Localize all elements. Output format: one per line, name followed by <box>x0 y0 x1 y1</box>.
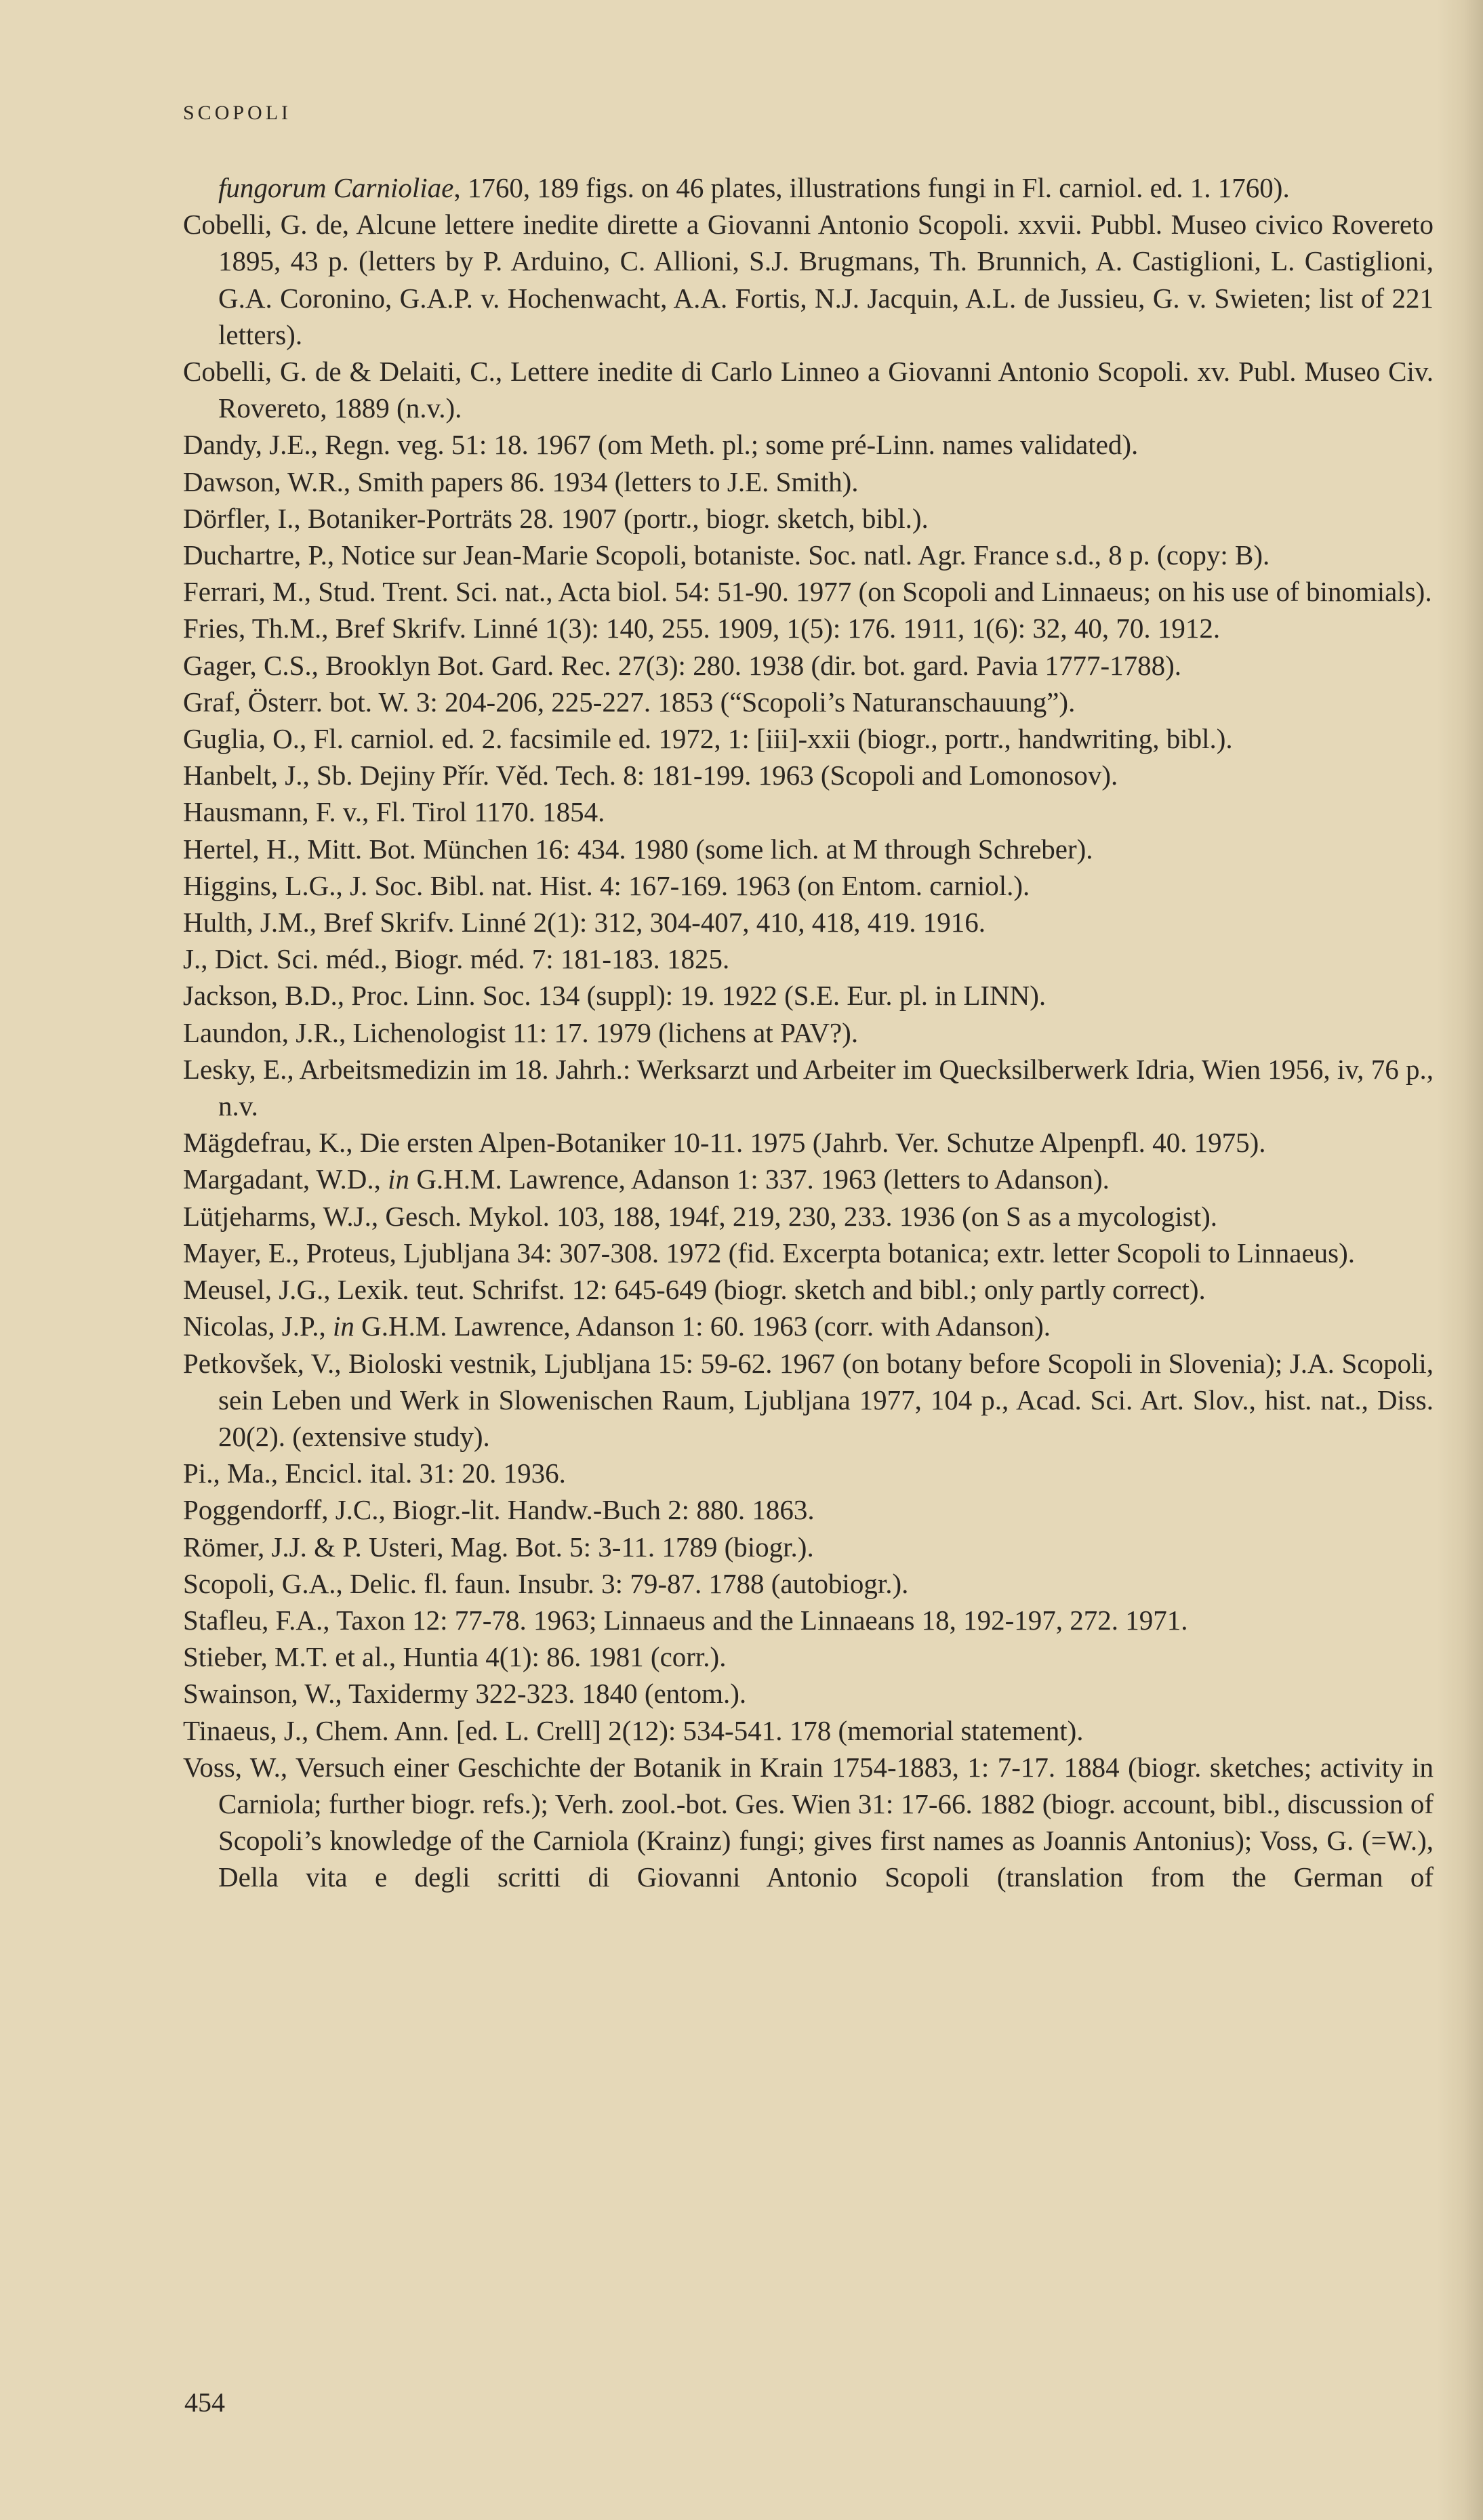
bibliography-entry: Voss, W., Versuch einer Geschichte der B… <box>183 1749 1434 1896</box>
entry-italic-in: in <box>333 1310 354 1342</box>
entry-text: G.H.M. Lawrence, Adanson 1: 60. 1963 (co… <box>354 1310 1051 1342</box>
bibliography-entry: Scopoli, G.A., Delic. fl. faun. Insubr. … <box>183 1565 1434 1602</box>
bibliography-entry: Duchartre, P., Notice sur Jean-Marie Sco… <box>183 537 1434 573</box>
bibliography-entry: J., Dict. Sci. méd., Biogr. méd. 7: 181-… <box>183 941 1434 977</box>
entry-author: Nicolas, J.P., <box>183 1310 333 1342</box>
bibliography-entry: Hulth, J.M., Bref Skrifv. Linné 2(1): 31… <box>183 904 1434 941</box>
bibliography-entry: Nicolas, J.P., in G.H.M. Lawrence, Adans… <box>183 1308 1434 1344</box>
bibliography-entry: Lütjeharms, W.J., Gesch. Mykol. 103, 188… <box>183 1198 1434 1235</box>
entry-author: Margadant, W.D., <box>183 1163 388 1195</box>
book-page: SCOPOLI fungorum Carnioliae, 1760, 189 f… <box>0 0 1483 2520</box>
entry-italic-in: in <box>388 1163 409 1195</box>
bibliography-entry: Graf, Österr. bot. W. 3: 204-206, 225-22… <box>183 684 1434 720</box>
bibliography-entry: Higgins, L.G., J. Soc. Bibl. nat. Hist. … <box>183 867 1434 904</box>
bibliography-entry: Tinaeus, J., Chem. Ann. [ed. L. Crell] 2… <box>183 1712 1434 1749</box>
bibliography-entry: Dandy, J.E., Regn. veg. 51: 18. 1967 (om… <box>183 426 1434 463</box>
entry-italic-title: fungorum Carnioliae <box>218 172 453 203</box>
page-number: 454 <box>184 2387 225 2418</box>
bibliography-entry: Laundon, J.R., Lichenologist 11: 17. 197… <box>183 1014 1434 1051</box>
bibliography-entry: fungorum Carnioliae, 1760, 189 figs. on … <box>183 169 1434 206</box>
bibliography-entry: Meusel, J.G., Lexik. teut. Schrifst. 12:… <box>183 1271 1434 1308</box>
running-head: SCOPOLI <box>183 102 291 125</box>
bibliography-entry: Dörfler, I., Botaniker-Porträts 28. 1907… <box>183 500 1434 537</box>
bibliography-entry: Cobelli, G. de, Alcune lettere inedite d… <box>183 206 1434 353</box>
bibliography-entry: Poggendorff, J.C., Biogr.-lit. Handw.-Bu… <box>183 1491 1434 1528</box>
bibliography-entry: Ferrari, M., Stud. Trent. Sci. nat., Act… <box>183 573 1434 610</box>
bibliography-entry: Mayer, E., Proteus, Ljubljana 34: 307-30… <box>183 1235 1434 1271</box>
bibliography-entry: Gager, C.S., Brooklyn Bot. Gard. Rec. 27… <box>183 647 1434 684</box>
bibliography-entry: Dawson, W.R., Smith papers 86. 1934 (let… <box>183 463 1434 500</box>
bibliography-entry: Hanbelt, J., Sb. Dejiny Přír. Věd. Tech.… <box>183 757 1434 793</box>
bibliography-entry: Cobelli, G. de & Delaiti, C., Lettere in… <box>183 353 1434 426</box>
bibliography-entry: Fries, Th.M., Bref Skrifv. Linné 1(3): 1… <box>183 610 1434 646</box>
bibliography-entry: Guglia, O., Fl. carniol. ed. 2. facsimil… <box>183 720 1434 757</box>
bibliography-entry: Hausmann, F. v., Fl. Tirol 1170. 1854. <box>183 793 1434 830</box>
bibliography-entry: Stafleu, F.A., Taxon 12: 77-78. 1963; Li… <box>183 1602 1434 1638</box>
bibliography-entry: Jackson, B.D., Proc. Linn. Soc. 134 (sup… <box>183 977 1434 1014</box>
bibliography-entry: Swainson, W., Taxidermy 322-323. 1840 (e… <box>183 1675 1434 1712</box>
bibliography-entry: Petkovšek, V., Bioloski vestnik, Ljublja… <box>183 1345 1434 1455</box>
bibliography-entry: Mägdefrau, K., Die ersten Alpen-Botanike… <box>183 1124 1434 1161</box>
bibliography-list: fungorum Carnioliae, 1760, 189 figs. on … <box>183 169 1434 1896</box>
bibliography-entry: Lesky, E., Arbeitsmedizin im 18. Jahrh.:… <box>183 1051 1434 1124</box>
entry-text: G.H.M. Lawrence, Adanson 1: 337. 1963 (l… <box>409 1163 1110 1195</box>
bibliography-entry: Stieber, M.T. et al., Huntia 4(1): 86. 1… <box>183 1638 1434 1675</box>
entry-text: , 1760, 189 figs. on 46 plates, illustra… <box>453 172 1289 203</box>
bibliography-entry: Pi., Ma., Encicl. ital. 31: 20. 1936. <box>183 1455 1434 1491</box>
bibliography-entry: Hertel, H., Mitt. Bot. München 16: 434. … <box>183 831 1434 867</box>
bibliography-entry: Margadant, W.D., in G.H.M. Lawrence, Ada… <box>183 1161 1434 1197</box>
bibliography-entry: Römer, J.J. & P. Usteri, Mag. Bot. 5: 3-… <box>183 1529 1434 1565</box>
